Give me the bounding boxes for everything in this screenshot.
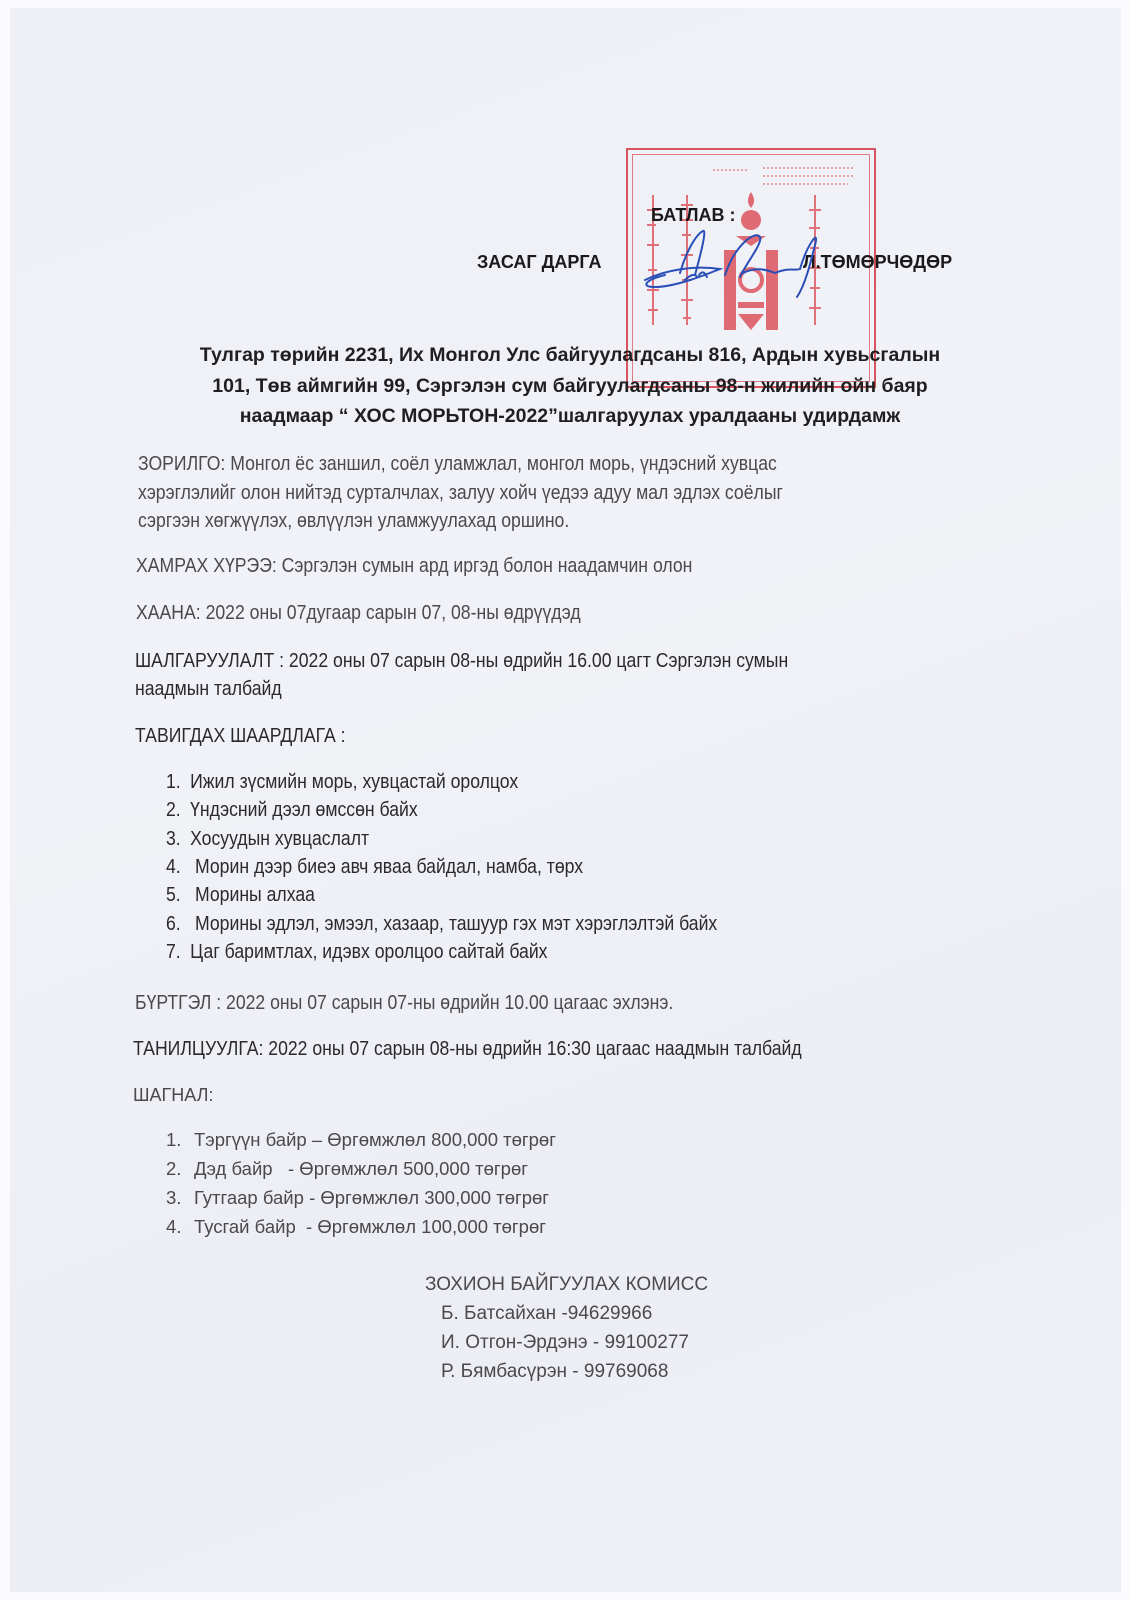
requirement-number: 2. — [166, 798, 190, 822]
requirement-text: Морин дээр биеэ авч яваа байдал, намба, … — [190, 855, 583, 878]
requirement-text: Морины эдлэл, эмээл, хазаар, ташуур гэх … — [190, 912, 717, 935]
introduction-text: ТАНИЛЦУУЛГА: 2022 оны 07 сарын 08-ны өдр… — [133, 1037, 802, 1061]
prize-text: Дэд байр - Өргөмжлөл 500,000 төгрөг — [194, 1158, 528, 1179]
purpose-line-1: ЗОРИЛГО: Монгол ёс заншил, соёл уламжлал… — [138, 452, 777, 476]
approver-name: Л.ТӨМӨРЧӨДӨР — [803, 252, 952, 273]
requirement-number: 3. — [166, 827, 190, 851]
approver-position: ЗАСАГ ДАРГА — [477, 252, 601, 273]
requirement-item: 1.Ижил зүсмийн морь, хувцастай оролцох — [166, 770, 518, 794]
committee-heading: ЗОХИОН БАЙГУУЛАХ КОМИСС — [425, 1274, 708, 1296]
scope-text: ХАМРАХ ХҮРЭЭ: Сэргэлэн сумын ард иргэд б… — [136, 554, 692, 578]
requirement-text: Хосуудын хувцаслалт — [190, 827, 369, 850]
selection-line-1: ШАЛГАРУУЛАЛТ : 2022 оны 07 сарын 08-ны ө… — [135, 649, 788, 673]
requirement-item: 2.Үндэсний дээл өмссөн байх — [166, 798, 418, 822]
prize-text: Тусгай байр - Өргөмжлөл 100,000 төгрөг — [194, 1216, 546, 1237]
committee-member: Р. Бямбасүрэн - 99769068 — [441, 1361, 668, 1383]
prize-number: 2. — [166, 1158, 194, 1180]
selection-line-2: наадмын талбайд — [135, 677, 282, 701]
prize-number: 4. — [166, 1216, 194, 1238]
committee-member: Б. Батсайхан -94629966 — [441, 1303, 652, 1325]
prize-number: 1. — [166, 1129, 194, 1151]
prize-text: Гутгаар байр - Өргөмжлөл 300,000 төгрөг — [194, 1187, 549, 1208]
requirement-item: 4. Морин дээр биеэ авч яваа байдал, намб… — [166, 855, 583, 879]
requirement-text: Цаг баримтлах, идэвх оролцоо сайтай байх — [190, 940, 547, 963]
prize-number: 3. — [166, 1187, 194, 1209]
requirement-number: 5. — [166, 883, 190, 907]
purpose-line-2: хэрэглэлийг олон нийтэд сурталчлах, залу… — [138, 481, 783, 505]
requirement-number: 4. — [166, 855, 190, 879]
requirement-text: Ижил зүсмийн морь, хувцастай оролцох — [190, 770, 518, 793]
document-title-line-3: наадмаар “ ХОС МОРЬТОН-2022”шалгаруулах … — [120, 405, 1020, 428]
document-title-line-1: Тулгар төрийн 2231, Их Монгол Улс байгуу… — [120, 344, 1020, 367]
prize-item: 3.Гутгаар байр - Өргөмжлөл 300,000 төгрө… — [166, 1187, 549, 1209]
approval-heading: БАТЛАВ : — [651, 205, 736, 226]
requirement-item: 7.Цаг баримтлах, идэвх оролцоо сайтай ба… — [166, 940, 548, 964]
requirement-item: 3.Хосуудын хувцаслалт — [166, 827, 369, 851]
stamp-text-icon — [708, 162, 858, 187]
requirement-item: 6. Морины эдлэл, эмээл, хазаар, ташуур г… — [166, 912, 717, 936]
document-title-line-2: 101, Төв аймгийн 99, Сэргэлэн сум байгуу… — [120, 375, 1020, 398]
prize-item: 2.Дэд байр - Өргөмжлөл 500,000 төгрөг — [166, 1158, 528, 1180]
prize-item: 1.Тэргүүн байр – Өргөмжлөл 800,000 төгрө… — [166, 1129, 556, 1151]
requirement-number: 7. — [166, 940, 190, 964]
requirement-item: 5. Морины алхаа — [166, 883, 315, 907]
prize-text: Тэргүүн байр – Өргөмжлөл 800,000 төгрөг — [194, 1129, 556, 1150]
registration-text: БҮРТГЭЛ : 2022 оны 07 сарын 07-ны өдрийн… — [135, 991, 673, 1015]
requirement-text: Үндэсний дээл өмссөн байх — [190, 798, 418, 821]
when-text: ХААНА: 2022 оны 07дугаар сарын 07, 08-ны… — [136, 601, 581, 625]
signature-icon — [625, 225, 825, 305]
prizes-heading: ШАГНАЛ: — [133, 1085, 213, 1106]
requirement-text: Морины алхаа — [190, 883, 315, 906]
requirement-number: 1. — [166, 770, 190, 794]
prize-item: 4.Тусгай байр - Өргөмжлөл 100,000 төгрөг — [166, 1216, 546, 1238]
requirements-heading: ТАВИГДАХ ШААРДЛАГА : — [135, 724, 346, 748]
requirement-number: 6. — [166, 912, 190, 936]
committee-member: И. Отгон-Эрдэнэ - 99100277 — [441, 1332, 689, 1354]
purpose-line-3: сэргээн хөгжүүлэх, өвлүүлэн уламжуулахад… — [138, 509, 569, 533]
